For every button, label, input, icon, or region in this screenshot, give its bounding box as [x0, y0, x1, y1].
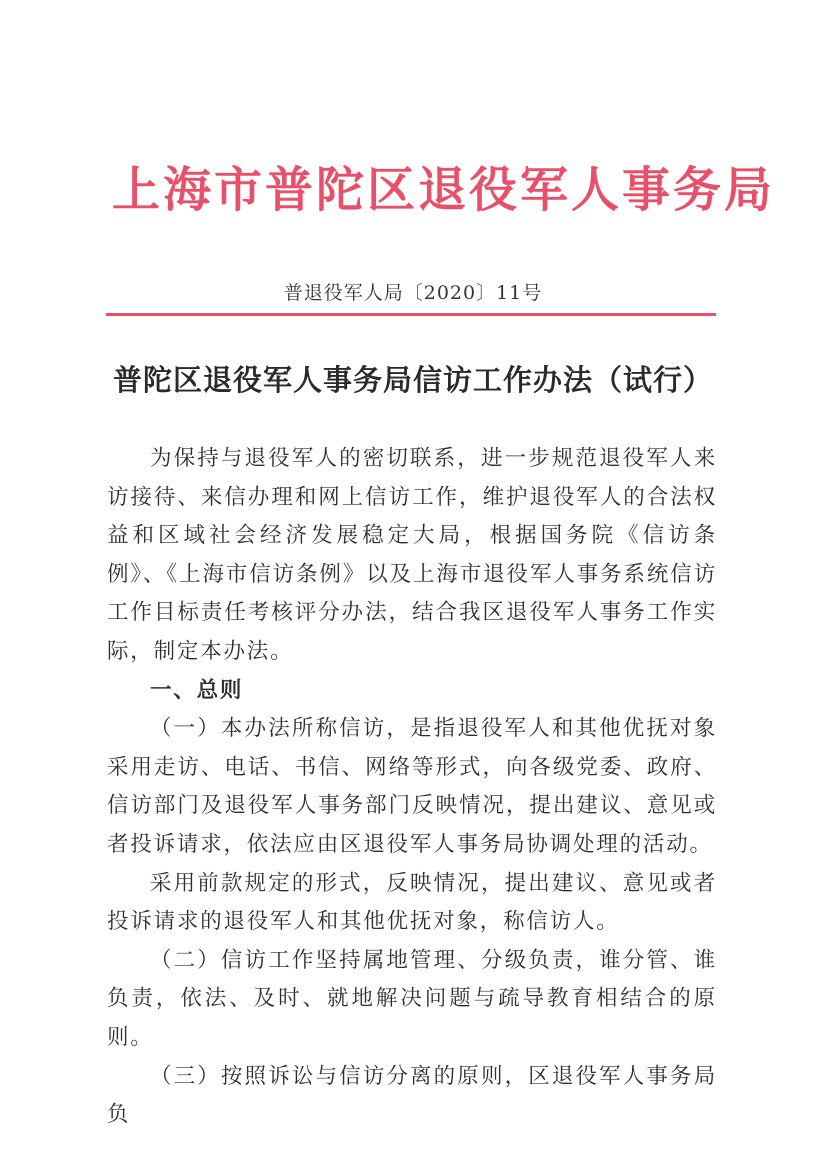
paragraph-preamble: 为保持与退役军人的密切联系，进一步规范退役军人来访接待、来信办理和网上信访工作，… [107, 440, 717, 672]
paragraph-clause-1-note: 采用前款规定的形式，反映情况，提出建议、意见或者投诉请求的退役军人和其他优抚对象… [107, 865, 717, 942]
paragraph-clause-2: （二）信访工作坚持属地管理、分级负责，谁分管、谁负责，依法、及时、就地解决问题与… [107, 942, 717, 1058]
document-number: 普退役军人局〔2020〕11号 [0, 278, 826, 305]
red-divider [106, 313, 716, 316]
paragraph-clause-1: （一）本办法所称信访，是指退役军人和其他优抚对象采用走访、电话、书信、网络等形式… [107, 710, 717, 864]
document-page: 上海市普陀区退役军人事务局 普退役军人局〔2020〕11号 普陀区退役军人事务局… [0, 0, 826, 1168]
section-heading-general: 一、总则 [107, 672, 717, 711]
document-body: 为保持与退役军人的密切联系，进一步规范退役军人来访接待、来信办理和网上信访工作，… [107, 440, 717, 1135]
paragraph-clause-3: （三）按照诉讼与信访分离的原则，区退役军人事务局负 [107, 1058, 717, 1135]
masthead-org-name: 上海市普陀区退役军人事务局 [112, 158, 712, 222]
document-title: 普陀区退役军人事务局信访工作办法（试行） [0, 358, 826, 399]
